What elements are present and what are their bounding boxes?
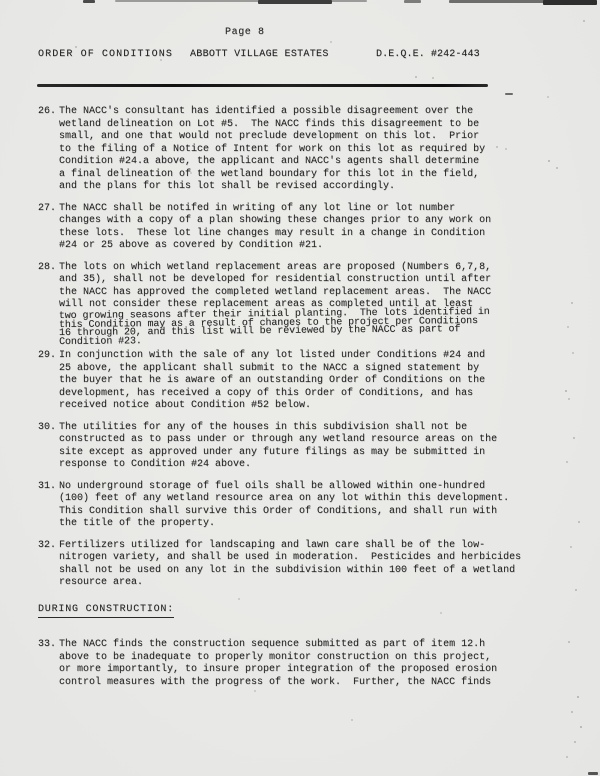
scan-mark-bottom-edge [588,772,598,775]
condition-number: 32. [38,540,59,553]
text-line: resource area. [59,577,558,590]
condition-item: 33.The NACC finds the construction seque… [38,639,558,689]
text-line: No underground storage of fuel oils shal… [59,481,558,494]
text-line: response to Condition #24 above. [59,459,558,472]
condition-item: 28.The lots on which wetland replacement… [38,262,558,348]
condition-number: 33. [38,639,59,652]
text-line: these lots. These lot line changes may r… [59,228,558,241]
condition-number: 26. [38,106,59,119]
condition-text: The lots on which wetland replacement ar… [59,262,558,348]
condition-item: 31.No underground storage of fuel oils s… [38,481,558,531]
text-line: the title of the property. [59,518,558,531]
text-line: changes with a copy of a plan showing th… [59,215,558,228]
scanned-document-page: Page 8 ORDER OF CONDITIONS ABBOTT VILLAG… [0,0,600,776]
text-line: nitrogen variety, and shall be used in m… [59,552,558,565]
condition-number: 29. [38,350,59,363]
text-line: Condition #24.a above, the applicant and… [59,156,558,169]
text-line: 25 above, the applicant shall submit to … [59,363,558,376]
section-heading: DURING CONSTRUCTION: [38,604,174,619]
condition-number: 31. [38,481,59,494]
conditions-list: 26.The NACC's consultant has identified … [38,106,558,698]
text-line: above to be inadequate to properly monit… [59,652,558,665]
condition-number: 28. [38,262,59,275]
text-line: The lots on which wetland replacement ar… [59,262,558,275]
text-line: control measures with the progress of th… [59,677,558,690]
text-line: (100) feet of any wetland resource area … [59,493,558,506]
page-number-label: Page 8 [225,27,265,38]
text-line: site except as approved under any future… [59,447,558,460]
header-project-name: ABBOTT VILLAGE ESTATES [190,49,329,60]
scan-speckles [0,0,2,2]
text-line: wetland delineation on Lot #5. The NACC … [59,119,558,132]
text-line: #24 or 25 above as covered by Condition … [59,240,558,253]
text-line: The NACC shall be notifed in writing of … [59,203,558,216]
text-line: development, has received a copy of this… [59,388,558,401]
condition-text: The utilities for any of the houses in t… [59,422,558,472]
text-line: or more importantly, to insure proper in… [59,664,558,677]
scan-artifact [83,0,95,3]
text-line: This Condition shall survive this Order … [59,506,558,519]
text-line: constructed as to pass under or through … [59,434,558,447]
scan-artifact [258,0,332,4]
condition-text: The NACC's consultant has identified a p… [59,106,558,194]
condition-item: 30.The utilities for any of the houses i… [38,422,558,472]
condition-text: The NACC finds the construction sequence… [59,639,558,689]
text-line: Fertilizers utilized for landscaping and… [59,540,558,553]
text-line: The NACC finds the construction sequence… [59,639,558,652]
text-line: The utilities for any of the houses in t… [59,422,558,435]
header-document-title: ORDER OF CONDITIONS [38,49,173,60]
condition-text: In conjunction with the sale of any lot … [59,350,558,413]
scan-artifact [404,0,421,3]
text-line: and the plans for this lot shall be revi… [59,181,558,194]
condition-item: 27.The NACC shall be notifed in writing … [38,203,558,253]
text-line: the NACC has approved the completed wetl… [59,287,558,300]
text-line: The NACC's consultant has identified a p… [59,106,558,119]
text-line: shall not be used on any lot in the subd… [59,565,558,578]
text-line: small, and one that would not preclude d… [59,131,558,144]
text-line: the buyer that he is aware of an outstan… [59,375,558,388]
condition-text: The NACC shall be notifed in writing of … [59,203,558,253]
header-file-number: D.E.Q.E. #242-443 [376,49,480,60]
scan-mark-dash [505,93,513,95]
condition-text: No underground storage of fuel oils shal… [59,481,558,531]
condition-item: 29.In conjunction with the sale of any l… [38,350,558,413]
condition-item: 32.Fertilizers utilized for landscaping … [38,540,558,590]
text-line: In conjunction with the sale of any lot … [59,350,558,363]
text-line: and 35), shall not be developed for resi… [59,274,558,287]
scan-artifact [543,0,597,5]
condition-text: Fertilizers utilized for landscaping and… [59,540,558,590]
condition-number: 30. [38,422,59,435]
text-line: received notice about Condition #52 belo… [59,400,558,413]
condition-number: 27. [38,203,59,216]
text-line: a final delineation of the wetland bound… [59,169,558,182]
header-divider-rule [37,84,488,87]
condition-tight-text: two growing seasons after their initial … [59,308,558,348]
text-line: to the filing of a Notice of Intent for … [59,144,558,157]
condition-item: 26.The NACC's consultant has identified … [38,106,558,194]
document-header: ORDER OF CONDITIONS ABBOTT VILLAGE ESTAT… [0,49,600,63]
